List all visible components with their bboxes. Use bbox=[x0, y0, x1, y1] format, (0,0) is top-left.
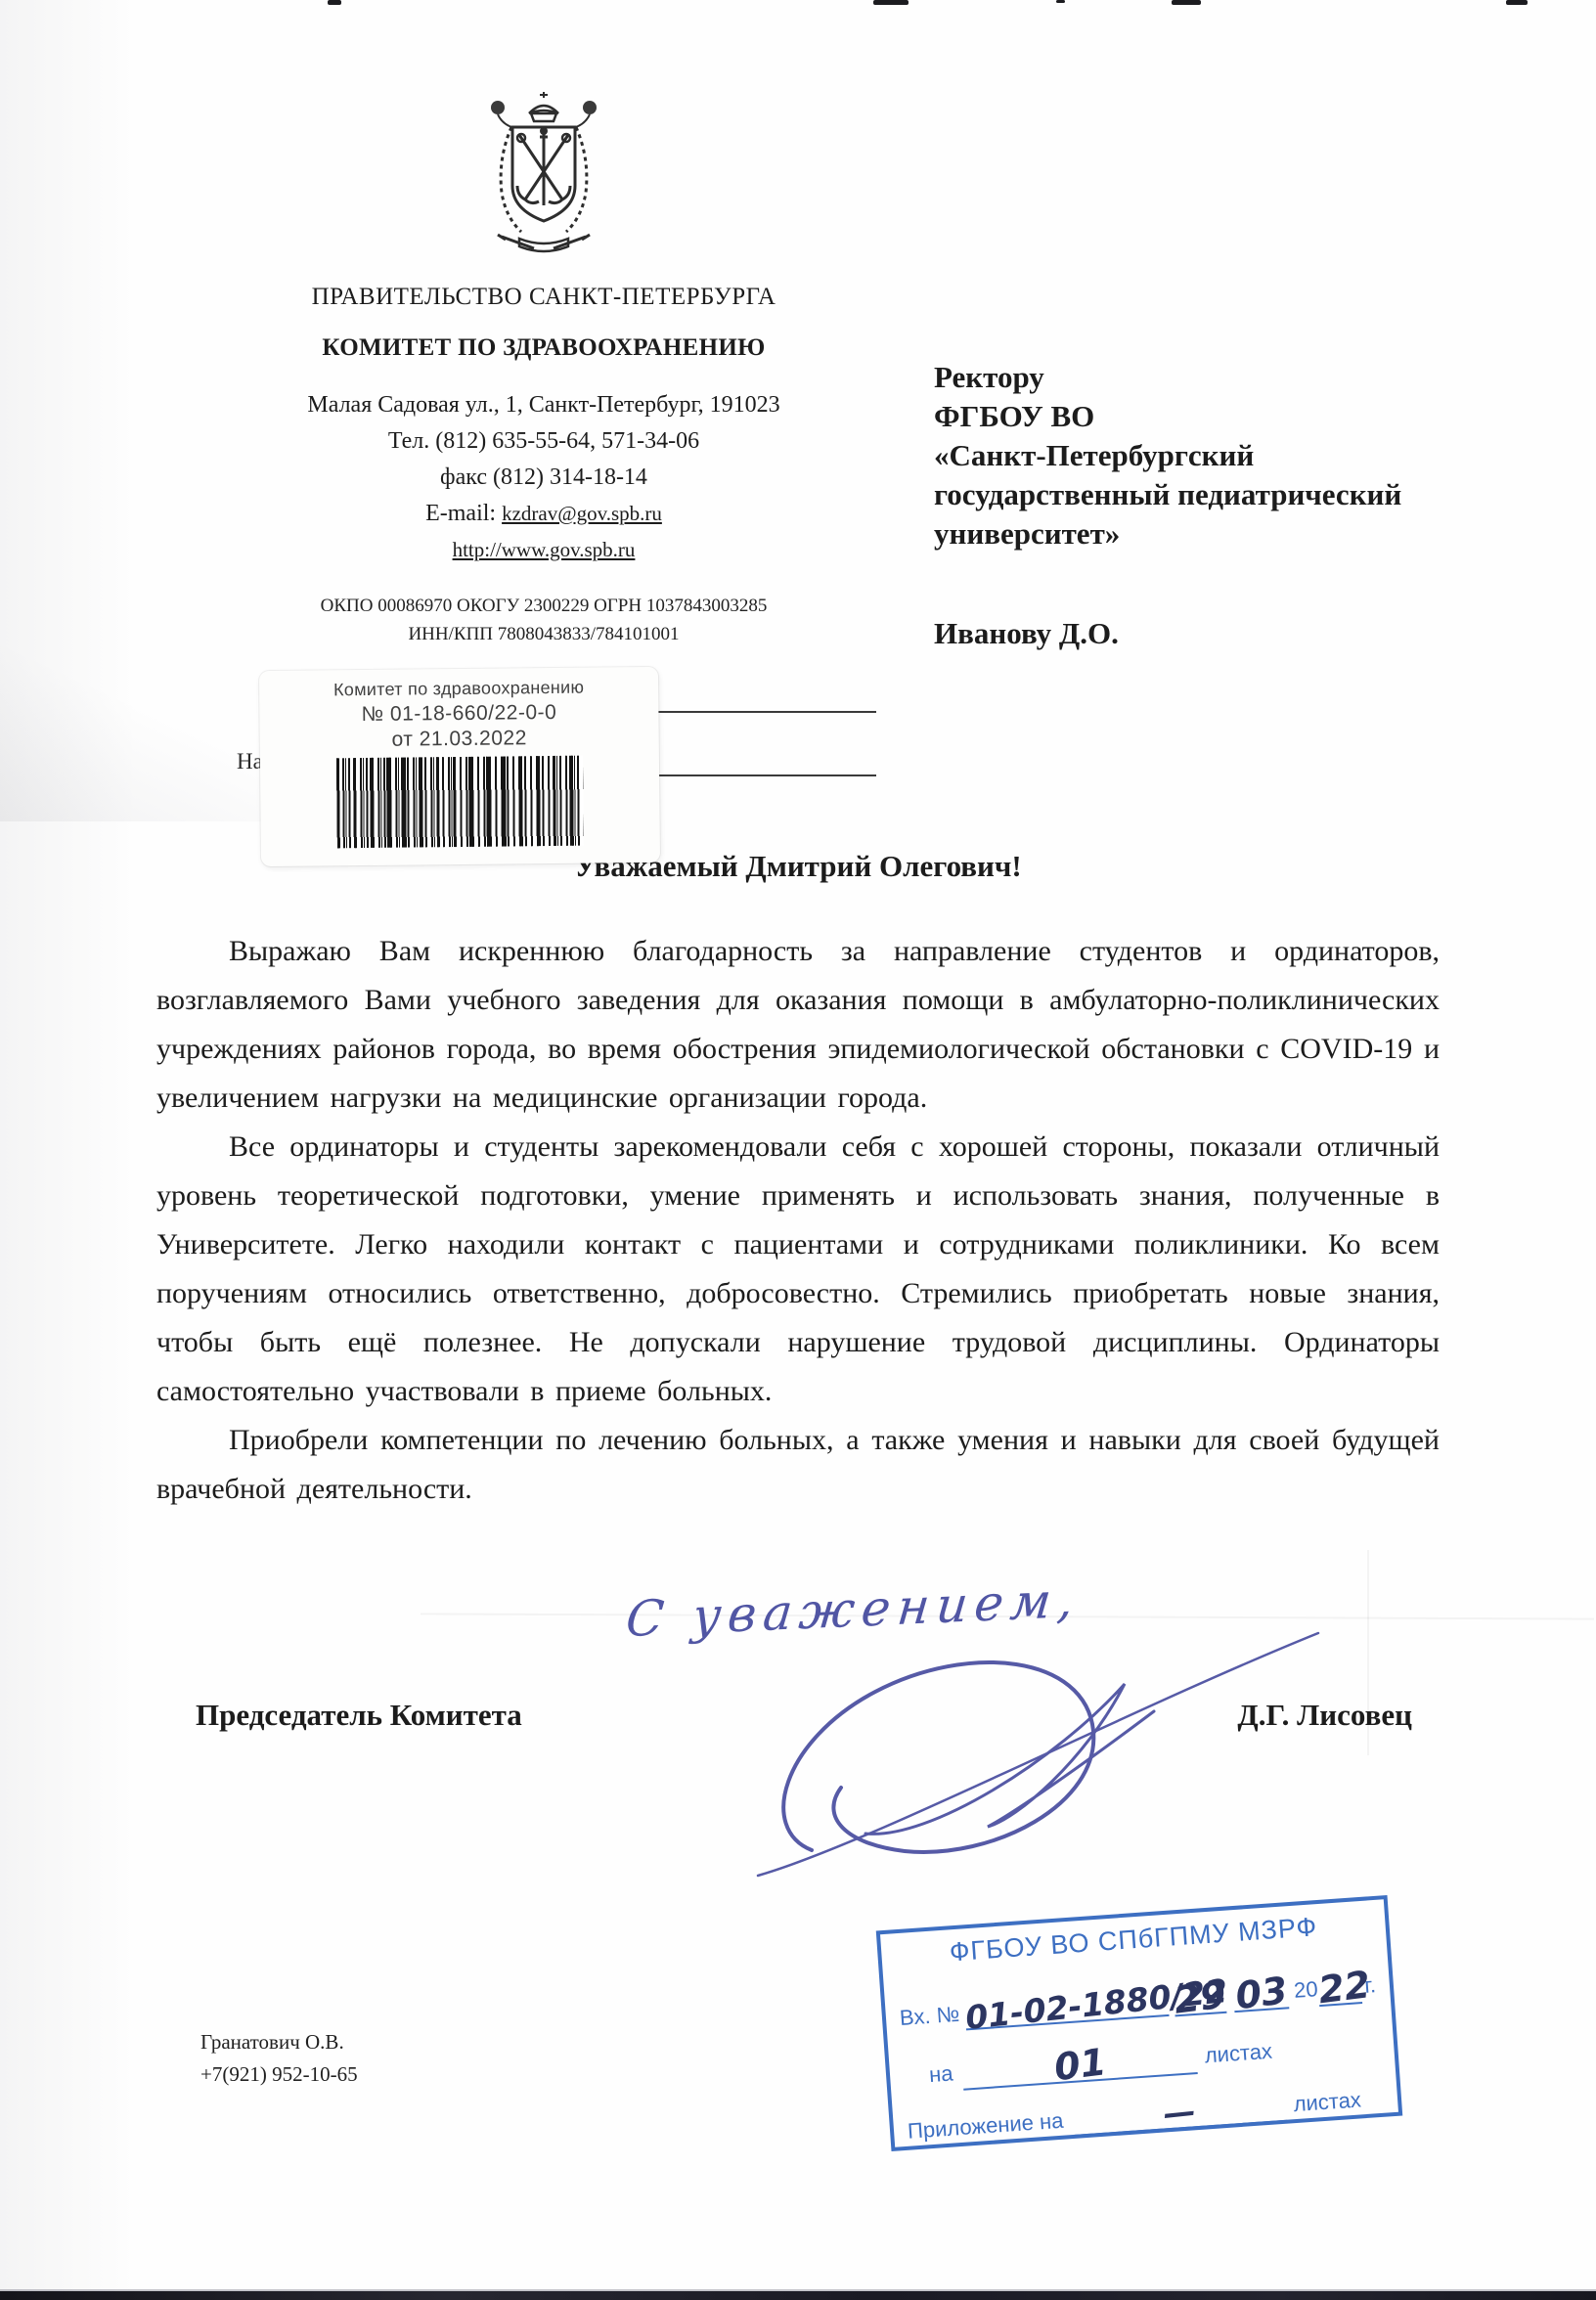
inn-line: ИНН/КПП 7808043833/784101001 bbox=[147, 620, 941, 648]
recipient-line: «Санкт-Петербургский bbox=[934, 436, 1540, 475]
registration-barcode-sticker: Комитет по здравоохранению № 01-18-660/2… bbox=[259, 667, 660, 866]
barcode bbox=[336, 756, 584, 849]
letterhead-address: Малая Садовая ул., 1, Санкт-Петербург, 1… bbox=[147, 387, 941, 423]
scan-artifact bbox=[1172, 0, 1201, 5]
body-paragraph: Приобрели компетенции по лечению больных… bbox=[156, 1416, 1440, 1514]
reference-blank-line bbox=[638, 711, 876, 713]
recipient-line: ФГБОУ ВО bbox=[934, 397, 1540, 436]
scan-shading bbox=[0, 0, 137, 2300]
scan-artifact bbox=[873, 0, 909, 5]
sticker-date: от 21.03.2022 bbox=[260, 726, 659, 753]
scanned-letter-page: ПРАВИТЕЛЬСТВО САНКТ-ПЕТЕРБУРГА КОМИТЕТ П… bbox=[0, 0, 1596, 2300]
stamp-day-value: 29 bbox=[1172, 1973, 1228, 2022]
org-codes: ОКПО 00086970 ОКОГУ 2300229 ОГРН 1037843… bbox=[147, 592, 941, 648]
stamp-sheets-suffix: листах bbox=[1204, 2039, 1273, 2069]
paper-fold bbox=[0, 626, 293, 821]
executor-block: Гранатович О.В. +7(921) 952-10-65 bbox=[200, 2026, 358, 2091]
letter-body: Выражаю Вам искреннюю благодарность за н… bbox=[156, 927, 1440, 1514]
sticker-org: Комитет по здравоохранению bbox=[259, 677, 658, 701]
recipient-name: Иванову Д.О. bbox=[934, 614, 1540, 653]
stamp-number-line: 01-02-1880/22 bbox=[963, 1976, 1169, 2030]
stamp-attachment-prefix: Приложение на bbox=[907, 2108, 1064, 2145]
letterhead-website-line: http://www.gov.spb.ru bbox=[147, 532, 941, 568]
signer-position: Председатель Комитета bbox=[196, 1698, 522, 1733]
letterhead-email-line: E-mail: kzdrav@gov.spb.ru bbox=[147, 496, 941, 532]
stamp-attachment-line: — bbox=[1072, 2082, 1287, 2137]
stamp-year-prefix: 20 bbox=[1293, 1976, 1318, 2004]
reference-blank-line bbox=[638, 774, 876, 776]
recipient-line: университет» bbox=[934, 514, 1540, 553]
signer-name: Д.Г. Лисовец bbox=[1237, 1698, 1412, 1733]
executor-name: Гранатович О.В. bbox=[200, 2026, 358, 2058]
stamp-year-line: 22 bbox=[1316, 1959, 1362, 2007]
stamp-attachment-value: — bbox=[1162, 2092, 1198, 2133]
letterhead: ПРАВИТЕЛЬСТВО САНКТ-ПЕТЕРБУРГА КОМИТЕТ П… bbox=[147, 90, 941, 648]
stamp-month-line: 03 bbox=[1231, 1964, 1289, 2012]
executor-phone: +7(921) 952-10-65 bbox=[200, 2058, 358, 2091]
signature-row: Председатель Комитета Д.Г. Лисовец bbox=[196, 1698, 1412, 1733]
incoming-registration-stamp: ФГБОУ ВО СПбГПМУ МЗРФ Вх. № 01-02-1880/2… bbox=[876, 1895, 1402, 2151]
stamp-in-number-label: Вх. № bbox=[899, 2002, 960, 2031]
website-url: http://www.gov.spb.ru bbox=[453, 538, 636, 561]
sticker-number: № 01-18-660/22-0-0 bbox=[259, 700, 658, 728]
stamp-month-value: 03 bbox=[1233, 1968, 1290, 2017]
body-paragraph: Все ординаторы и студенты зарекомендовал… bbox=[156, 1123, 1440, 1416]
scan-bottom-edge bbox=[0, 2291, 1596, 2300]
committee-title: КОМИТЕТ ПО ЗДРАВООХРАНЕНИЮ bbox=[147, 334, 941, 362]
letterhead-fax: факс (812) 314-18-14 bbox=[147, 460, 941, 496]
st-petersburg-coat-of-arms-icon bbox=[461, 90, 627, 266]
letterhead-phone: Тел. (812) 635-55-64, 571-34-06 bbox=[147, 423, 941, 460]
stamp-attachment-suffix: листах bbox=[1293, 2087, 1362, 2117]
stamp-sheets-value: 01 bbox=[1052, 2040, 1109, 2089]
okpo-line: ОКПО 00086970 ОКОГУ 2300229 ОГРН 1037843… bbox=[147, 592, 941, 620]
scan-artifact bbox=[1506, 0, 1528, 5]
stamp-sheets-prefix: на bbox=[928, 2060, 953, 2088]
scan-artifact bbox=[328, 0, 341, 5]
government-title: ПРАВИТЕЛЬСТВО САНКТ-ПЕТЕРБУРГА bbox=[147, 284, 941, 311]
recipient-line: государственный педиатрический bbox=[934, 475, 1540, 514]
email-label: E-mail: bbox=[425, 501, 502, 526]
scan-artifact bbox=[1056, 0, 1065, 3]
body-paragraph: Выражаю Вам искреннюю благодарность за н… bbox=[156, 927, 1440, 1123]
stamp-day-line: 29 bbox=[1173, 1968, 1227, 2017]
recipient-line: Ректору bbox=[934, 358, 1540, 397]
stamp-sheets-line: 01 bbox=[961, 2029, 1199, 2091]
stamp-year-value: 22 bbox=[1315, 1963, 1372, 2012]
recipient-block: Ректору ФГБОУ ВО «Санкт-Петербургский го… bbox=[934, 358, 1540, 653]
email-address: kzdrav@gov.spb.ru bbox=[502, 502, 662, 525]
handwritten-closing: С уважением, bbox=[624, 1558, 1392, 1648]
